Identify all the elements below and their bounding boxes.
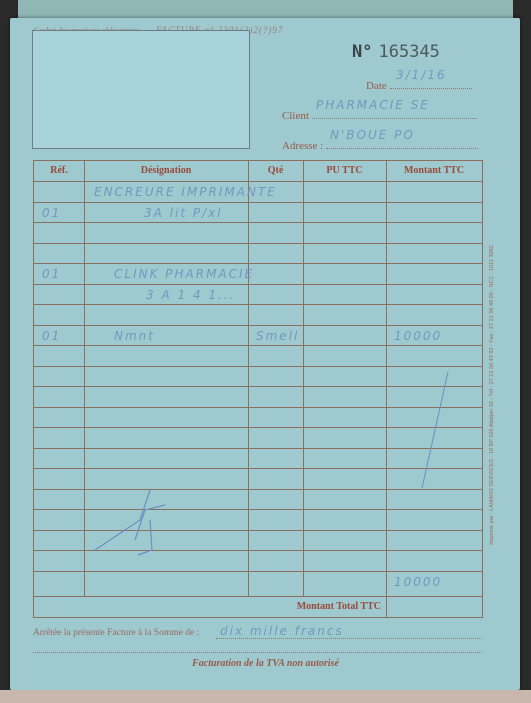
numero-value: 165345 [378, 42, 439, 62]
row-rule [34, 243, 482, 244]
row-rule [34, 448, 482, 449]
imprint-text: Imprimé par : LAMANS SERVICES - 10 BP 52… [489, 245, 495, 545]
col-header-designation: Désignation [84, 161, 248, 181]
row-rule [34, 263, 482, 264]
row-pu: Smell [256, 329, 299, 343]
client-value: PHARMACIE SE [316, 98, 430, 112]
row-designation: Nmnt [114, 329, 155, 343]
col-divider [386, 161, 387, 617]
row-montant: 10000 [394, 329, 442, 343]
row-ref: 01 [42, 267, 61, 281]
row-ref: 01 [42, 329, 61, 343]
row-rule [34, 366, 482, 367]
row-designation: 3A lit P/xl [144, 206, 223, 220]
signature-scribble [90, 480, 190, 560]
row-rule [34, 222, 482, 223]
arretee-value: dix mille francs [220, 624, 344, 638]
adresse-label: Adresse : [282, 140, 323, 152]
row-rule [34, 571, 482, 572]
col-header-ref: Réf. [34, 161, 84, 181]
stamp-box [32, 30, 250, 149]
col-header-qte: Qté [248, 161, 303, 181]
adresse-value: N'BOUE PO [330, 128, 415, 142]
numero-label: N° [352, 42, 372, 62]
row-rule [34, 284, 482, 285]
col-header-pu: PU TTC [303, 161, 386, 181]
total-value: 10000 [394, 575, 442, 589]
col-header-montant: Montant TTC [386, 161, 482, 181]
table-surface [0, 690, 531, 703]
arretee-dotline [216, 638, 482, 639]
crossout-stroke [420, 370, 450, 490]
row-rule [34, 386, 482, 387]
row-rule [34, 596, 482, 597]
date-label: Date [366, 80, 387, 92]
date-value: 3/1/16 [396, 68, 447, 82]
invoice-number: N°165345 [352, 42, 440, 62]
client-label: Client [282, 110, 309, 122]
row-rule [34, 407, 482, 408]
row-ref: 01 [42, 206, 61, 220]
row-rule [34, 427, 482, 428]
row-designation: CLINK PHARMACIE [114, 267, 254, 281]
printer-imprint: Imprimé par : LAMANS SERVICES - 10 BP 52… [486, 190, 498, 600]
row-rule [34, 304, 482, 305]
row-designation: ENCREURE IMPRIMANTE [94, 185, 277, 199]
row-rule [34, 325, 482, 326]
total-label: Montant Total TTC [297, 601, 381, 612]
row-designation: 3 A 1 4 1... [146, 288, 235, 302]
row-rule [34, 468, 482, 469]
row-rule [34, 181, 482, 182]
row-rule [34, 345, 482, 346]
arretee-label: Arrêtée la présente Facture à la Somme d… [33, 628, 199, 638]
tva-note: Facturation de la TVA non autorisé [0, 658, 531, 669]
row-rule [34, 202, 482, 203]
arretee-dotline-2 [33, 652, 482, 653]
